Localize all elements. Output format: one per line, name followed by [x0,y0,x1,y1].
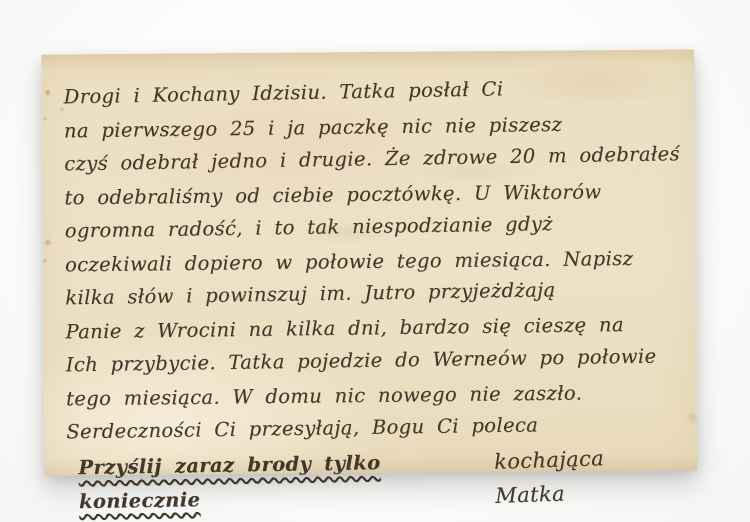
closing-row: Przyślij zaraz brody tylko koniecznie ko… [66,441,684,518]
photo-backdrop: { "colors": { "backdrop": "#fcfcfb", "pa… [0,0,750,522]
handwritten-text: Drogi i Kochany Idzisiu. Tatka posłał Ci… [64,76,684,466]
underlined-postscript: Przyślij zaraz brody tylko koniecznie [78,444,495,518]
handwritten-postcard: Drogi i Kochany Idzisiu. Tatka posłał Ci… [41,49,697,475]
signature-mother: kochająca Matka [493,439,679,512]
